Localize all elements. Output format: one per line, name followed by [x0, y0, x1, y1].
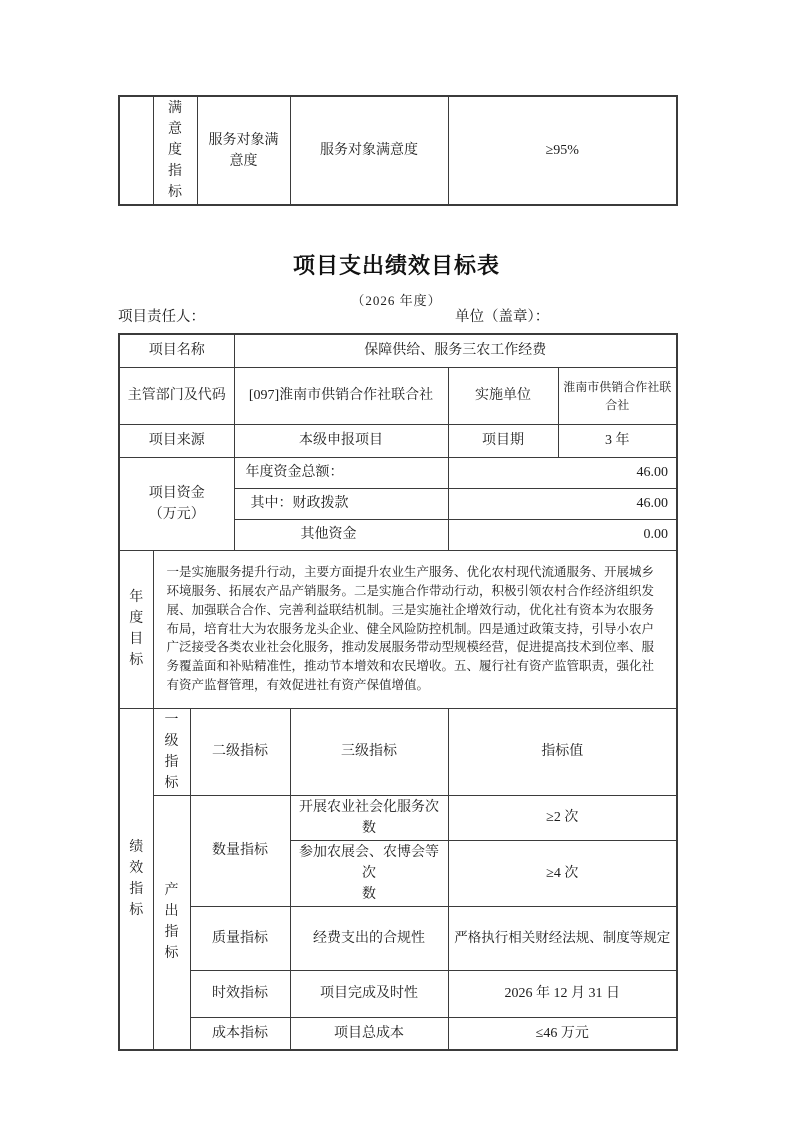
performance-target-table: 项目名称 保障供给、服务三农工作经费 主管部门及代码 [097]淮南市供销合作社… — [118, 333, 678, 1051]
tertiary-indicator: 项目完成及时性 — [290, 970, 448, 1017]
responsible-person-label: 项目责任人： — [118, 305, 205, 326]
funding-fiscal-label: 其中：财政拨款 — [234, 488, 448, 519]
table-row: 满 意 度 指 标 服务对象满 意度 服务对象满意度 ≥95% — [119, 96, 677, 205]
fragment-target-value: ≥95% — [448, 96, 677, 205]
indicator-value: ≤46 万元 — [448, 1017, 677, 1050]
table-row: 年 度 目 标 一是实施服务提升行动，主要方面提升农业生产服务、优化农村现代流通… — [119, 550, 677, 708]
table-row: 项目来源 本级申报项目 项目期 3 年 — [119, 424, 677, 457]
quality-indicator-label: 质量指标 — [190, 906, 290, 970]
project-name-label: 项目名称 — [119, 334, 234, 367]
project-period-value: 3 年 — [558, 424, 677, 457]
indicator-value: 严格执行相关财经法规、制度等规定 — [448, 906, 677, 970]
annual-goal-text: 一是实施服务提升行动，主要方面提升农业生产服务、优化农村现代流通服务、开展城乡环… — [153, 550, 677, 708]
table-row: 绩 效 指 标 一 级 指 标 二级指标 三级指标 指标值 — [119, 708, 677, 795]
tertiary-indicator: 经费支出的合规性 — [290, 906, 448, 970]
funding-total-value: 46.00 — [448, 457, 677, 488]
fragment-level1-label: 满 意 度 指 标 — [153, 96, 197, 205]
table-row: 产 出 指 标 数量指标 开展农业社会化服务次 数 ≥2 次 — [119, 795, 677, 840]
funding-other-value: 0.00 — [448, 519, 677, 550]
table-row: 项目资金 （万元） 年度资金总额： 46.00 — [119, 457, 677, 488]
project-funding-label: 项目资金 （万元） — [119, 457, 234, 550]
indicator-value: 2026 年 12 月 31 日 — [448, 970, 677, 1017]
level3-indicator-header: 三级指标 — [290, 708, 448, 795]
meta-line: 项目责任人： 单位（盖章）： — [0, 305, 793, 325]
table-row: 时效指标 项目完成及时性 2026 年 12 月 31 日 — [119, 970, 677, 1017]
quantity-indicator-label: 数量指标 — [190, 795, 290, 906]
project-source-value: 本级申报项目 — [234, 424, 448, 457]
impl-unit-label: 实施单位 — [448, 367, 558, 424]
project-name-value: 保障供给、服务三农工作经费 — [234, 334, 677, 367]
funding-total-label: 年度资金总额： — [234, 457, 448, 488]
level1-indicator-header: 一 级 指 标 — [153, 708, 190, 795]
unit-seal-label: 单位（盖章）： — [455, 305, 549, 326]
satisfaction-fragment-table: 满 意 度 指 标 服务对象满 意度 服务对象满意度 ≥95% — [118, 95, 678, 206]
output-indicator-label: 产 出 指 标 — [153, 795, 190, 1050]
dept-code-label: 主管部门及代码 — [119, 367, 234, 424]
cost-indicator-label: 成本指标 — [190, 1017, 290, 1050]
tertiary-indicator: 参加农展会、农博会等次 数 — [290, 840, 448, 906]
indicator-value: ≥2 次 — [448, 795, 677, 840]
timeliness-indicator-label: 时效指标 — [190, 970, 290, 1017]
tertiary-indicator: 项目总成本 — [290, 1017, 448, 1050]
project-period-label: 项目期 — [448, 424, 558, 457]
project-source-label: 项目来源 — [119, 424, 234, 457]
table-row: 项目名称 保障供给、服务三农工作经费 — [119, 334, 677, 367]
table-row: 质量指标 经费支出的合规性 严格执行相关财经法规、制度等规定 — [119, 906, 677, 970]
document-page: 满 意 度 指 标 服务对象满 意度 服务对象满意度 ≥95% 项目支出绩效目标… — [0, 0, 793, 1122]
fragment-level3-label: 服务对象满意度 — [290, 96, 448, 205]
tertiary-indicator: 开展农业社会化服务次 数 — [290, 795, 448, 840]
performance-indicator-section-label: 绩 效 指 标 — [119, 708, 153, 1050]
table-row: 主管部门及代码 [097]淮南市供销合作社联合社 实施单位 淮南市供销合作社联 … — [119, 367, 677, 424]
indicator-value-header: 指标值 — [448, 708, 677, 795]
indicator-value: ≥4 次 — [448, 840, 677, 906]
level2-indicator-header: 二级指标 — [190, 708, 290, 795]
dept-code-value: [097]淮南市供销合作社联合社 — [234, 367, 448, 424]
impl-unit-value: 淮南市供销合作社联 合社 — [558, 367, 677, 424]
table-row: 成本指标 项目总成本 ≤46 万元 — [119, 1017, 677, 1050]
fragment-level2-label: 服务对象满 意度 — [197, 96, 290, 205]
fragment-empty-cell — [119, 96, 153, 205]
annual-goal-label: 年 度 目 标 — [119, 550, 153, 708]
funding-other-label: 其他资金 — [234, 519, 448, 550]
page-title: 项目支出绩效目标表 — [0, 249, 793, 280]
funding-fiscal-value: 46.00 — [448, 488, 677, 519]
